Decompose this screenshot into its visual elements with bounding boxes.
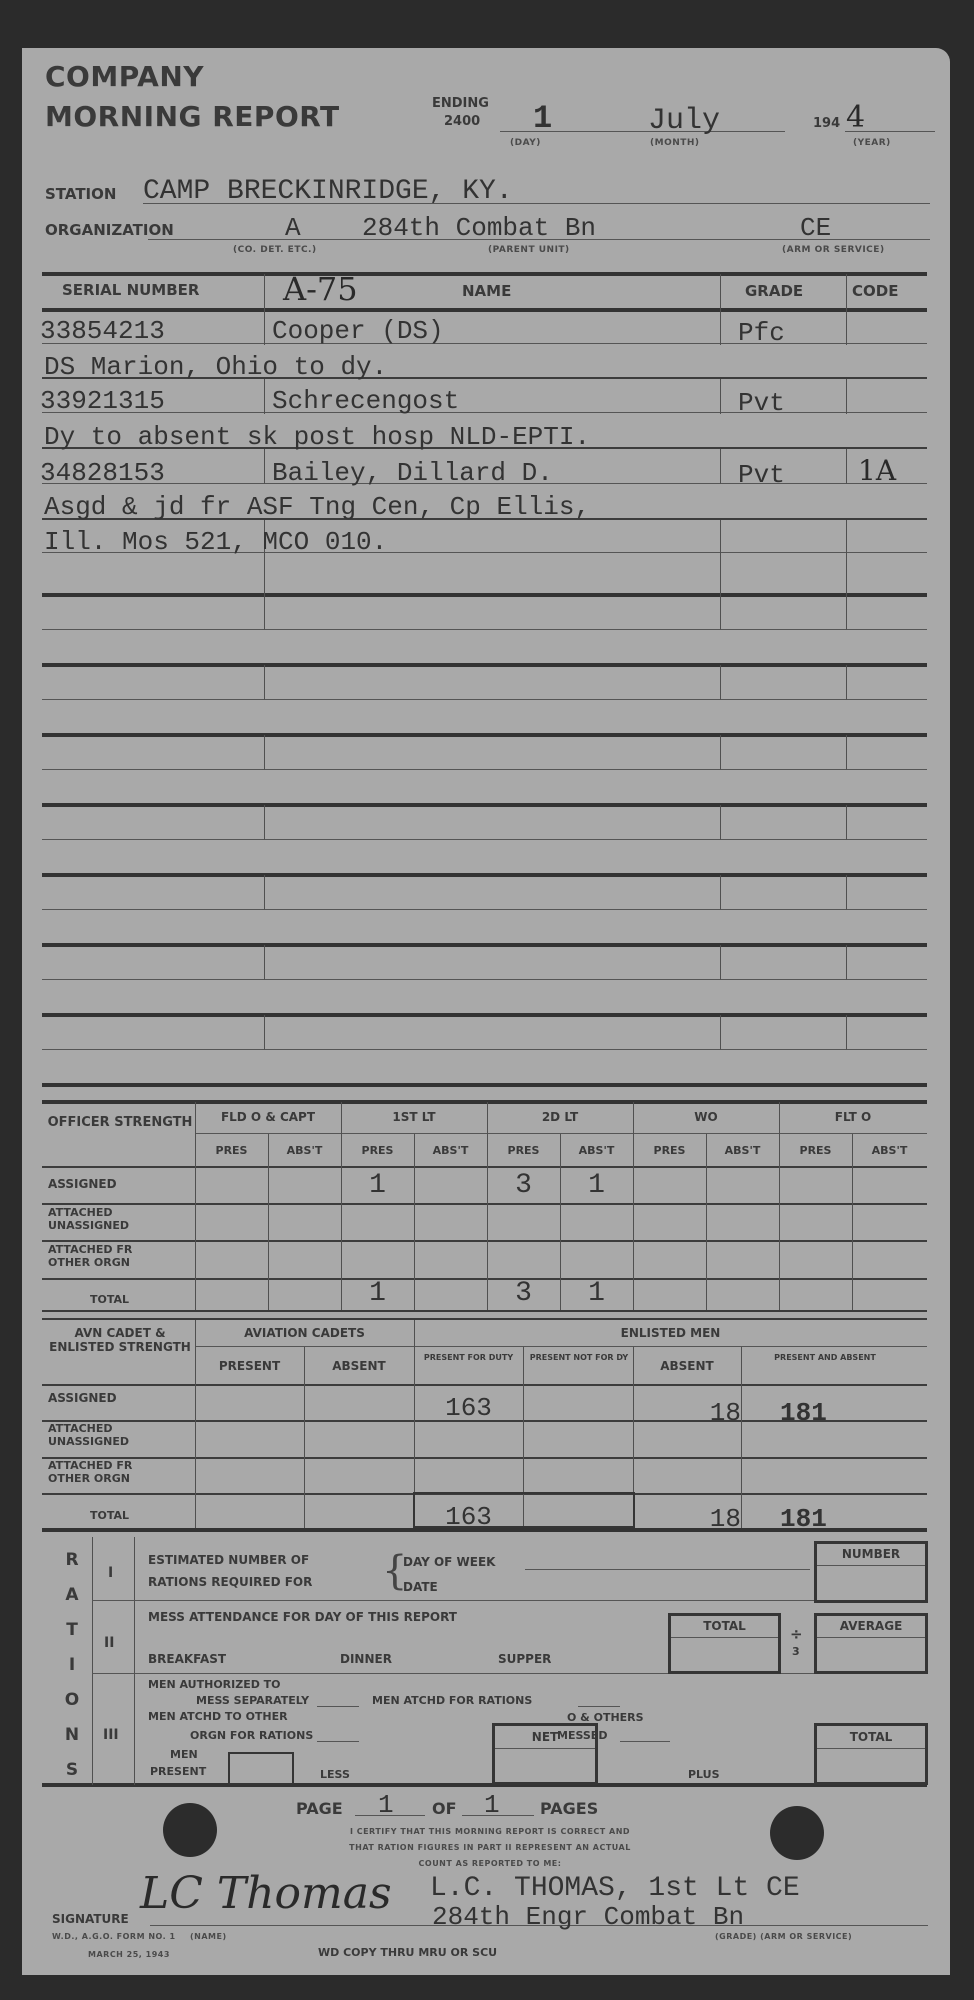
part-3-numeral: III [103, 1727, 119, 1743]
table-rule [42, 1278, 927, 1280]
col-divider [264, 945, 265, 980]
soldier-name: Cooper (DS) [272, 316, 444, 346]
officer-count: 3 [487, 1170, 560, 1201]
side-letter: T [62, 1613, 82, 1648]
day-of-week-field[interactable] [525, 1569, 810, 1570]
col-divider [264, 665, 265, 700]
mess-attendance-title: MESS ATTENDANCE FOR DAY OF THIS REPORT [148, 1610, 457, 1624]
day-label: (DAY) [510, 138, 541, 148]
org-company: A [285, 213, 301, 243]
row-rule [42, 1013, 927, 1017]
col-divider [195, 1320, 196, 1528]
soldier-name: Schrecengost [272, 386, 459, 416]
col-divider [134, 1537, 135, 1785]
average-box[interactable]: AVERAGE [814, 1613, 928, 1674]
officer-count: 1 [341, 1278, 414, 1309]
row-rule [42, 1083, 927, 1087]
col-divider [779, 1102, 780, 1310]
year-line [845, 131, 935, 132]
soldier-grade: Pfc [738, 318, 785, 348]
side-letter: S [62, 1753, 82, 1788]
page-label: PAGE [296, 1799, 343, 1818]
box-rule [817, 1637, 925, 1638]
abst-header: ABS'T [706, 1144, 779, 1157]
table-rule [42, 1100, 927, 1104]
col-divider [846, 449, 847, 484]
divide-icon: ÷ [790, 1625, 803, 1643]
table-rule [42, 1310, 927, 1312]
group-header: WO [633, 1110, 779, 1124]
col-divider [846, 274, 847, 310]
men-present-label2: PRESENT [150, 1765, 206, 1778]
side-letter: I [62, 1648, 82, 1683]
row-rule [42, 1049, 927, 1050]
less-label: LESS [320, 1768, 350, 1781]
serial-number: 33854213 [40, 316, 165, 346]
officer-count: 1 [560, 1278, 633, 1309]
col-divider [720, 449, 721, 484]
table-rule [42, 1240, 927, 1242]
net-label: NET [495, 1730, 595, 1744]
enlisted-count: 163 [414, 1393, 523, 1423]
certification-line2: THAT RATION FIGURES IN PART II REPRESENT… [270, 1843, 710, 1852]
report-day: 1 [533, 100, 552, 137]
col-divider [720, 945, 721, 980]
col-divider [720, 665, 721, 700]
abst-header: ABS'T [852, 1144, 927, 1157]
remark-line: Ill. Mos 521, MCO 010. [44, 527, 387, 557]
col-divider [846, 875, 847, 910]
col-divider [846, 945, 847, 980]
serial-number: 34828153 [40, 458, 165, 488]
col-divider [264, 595, 265, 630]
form-number: W.D., A.G.O. FORM NO. 1 [52, 1932, 176, 1941]
col-divider [264, 735, 265, 770]
name-header: NAME [462, 282, 511, 300]
section-rule [42, 1783, 927, 1787]
group-header: FLD O & CAPT [195, 1110, 341, 1124]
atchd-rations-label: MEN ATCHD FOR RATIONS [372, 1694, 532, 1707]
signer-unit: 284th Engr Combat Bn [432, 1902, 744, 1932]
pres-header: PRES [779, 1144, 852, 1157]
col-divider [720, 520, 721, 595]
of-label: OF [432, 1799, 457, 1818]
atchd-other-field[interactable] [317, 1741, 359, 1742]
col-divider [846, 805, 847, 840]
side-letter: N [62, 1718, 82, 1753]
enlisted-count: 18 [633, 1504, 741, 1534]
serial-number: 33921315 [40, 386, 165, 416]
part-rule [92, 1673, 927, 1674]
row-label-total: TOTAL [90, 1509, 129, 1522]
col-header: PRESENT FOR DUTY [420, 1351, 517, 1365]
soldier-name: Bailey, Dillard D. [272, 458, 553, 488]
atchd-other-label2: ORGN FOR RATIONS [190, 1729, 313, 1742]
atchd-other-label1: MEN ATCHD TO OTHER [148, 1710, 288, 1723]
pres-header: PRES [633, 1144, 706, 1157]
col-divider [846, 595, 847, 630]
table-header-rule [42, 308, 927, 312]
grade-arm-label: (GRADE) (ARM OR SERVICE) [715, 1932, 852, 1941]
signature: LC Thomas [140, 1868, 392, 1919]
code-header: CODE [852, 282, 898, 300]
abst-header: ABS'T [268, 1144, 341, 1157]
part1-text2: RATIONS REQUIRED FOR [148, 1575, 312, 1589]
table-rule [42, 1203, 927, 1205]
arm-service-label: (ARM OR SERVICE) [782, 245, 885, 255]
col-divider [706, 1134, 707, 1310]
day-of-week-label: DAY OF WEEK [403, 1555, 495, 1569]
men-present-box[interactable] [228, 1752, 294, 1785]
part1-text1: ESTIMATED NUMBER OF [148, 1553, 309, 1567]
part-2-numeral: II [104, 1635, 114, 1651]
box-rule [817, 1565, 925, 1566]
col-divider [720, 805, 721, 840]
col-divider [195, 1102, 196, 1310]
row-rule [42, 839, 927, 840]
total-label: TOTAL [671, 1619, 778, 1633]
col-divider [633, 1102, 634, 1310]
col-divider [264, 449, 265, 484]
dinner-label: DINNER [340, 1652, 392, 1666]
supper-label: SUPPER [498, 1652, 551, 1666]
row-label-attached-other: ATTACHED FR OTHER ORGN [48, 1459, 168, 1485]
officer-count: 1 [560, 1170, 633, 1201]
side-letter: R [62, 1543, 82, 1578]
col-header: PRESENT [195, 1359, 304, 1373]
pres-header: PRES [487, 1144, 560, 1157]
enlisted-count: 181 [780, 1504, 827, 1534]
signer-name-grade: L.C. THOMAS, 1st Lt CE [430, 1873, 800, 1904]
punch-hole-icon [163, 1803, 217, 1857]
form-title-line2: MORNING REPORT [45, 100, 340, 133]
remark-line: DS Marion, Ohio to dy. [44, 352, 387, 382]
row-rule [42, 343, 927, 344]
box-rule [495, 1748, 595, 1749]
remark-line: Dy to absent sk post hosp NLD-EPTI. [44, 422, 590, 452]
aviation-cadets-header: AVIATION CADETS [195, 1326, 414, 1340]
enlisted-count: 163 [414, 1502, 523, 1532]
org-arm-service: CE [800, 213, 831, 243]
year-prefix: 194 [813, 116, 840, 131]
col-divider [846, 665, 847, 700]
abst-header: ABS'T [414, 1144, 487, 1157]
pres-header: PRES [195, 1144, 268, 1157]
table-rule [42, 1384, 927, 1386]
row-rule [42, 629, 927, 630]
breakfast-label: BREAKFAST [148, 1652, 226, 1666]
col-divider [720, 274, 721, 310]
col-divider [264, 805, 265, 840]
table-rule [42, 1166, 927, 1168]
enlisted-count: 18 [633, 1398, 741, 1428]
col-divider [92, 1537, 93, 1785]
month-label: (MONTH) [650, 138, 700, 148]
col-divider [852, 1134, 853, 1310]
enlisted-strength-title: AVN CADET & ENLISTED STRENGTH [45, 1326, 195, 1354]
number-label: NUMBER [817, 1547, 925, 1561]
col-header: PRESENT AND ABSENT [760, 1351, 890, 1365]
table-rule [42, 1457, 927, 1459]
handwritten-note: A-75 [283, 270, 358, 308]
col-divider [264, 310, 265, 345]
soldier-grade: Pvt [738, 460, 785, 490]
parent-unit-label: (PARENT UNIT) [488, 245, 570, 255]
mess-total-box[interactable]: TOTAL [668, 1613, 781, 1674]
row-rule [42, 769, 927, 770]
row-label-attached-unassigned: ATTACHED UNASSIGNED [48, 1206, 168, 1232]
enlisted-men-header: ENLISTED MEN [414, 1326, 927, 1340]
mess-sep-label2: MESS SEPARATELY [196, 1694, 309, 1707]
mess-sep-field[interactable] [317, 1706, 359, 1707]
certification-line1: I CERTIFY THAT THIS MORNING REPORT IS CO… [270, 1827, 710, 1836]
group-header: FLT O [779, 1110, 927, 1124]
atchd-rations-field[interactable] [578, 1706, 620, 1707]
rations-total-box[interactable]: TOTAL [814, 1723, 928, 1785]
net-box[interactable]: NET [492, 1723, 598, 1785]
part-1-numeral: I [108, 1565, 113, 1581]
col-divider [846, 379, 847, 414]
box-rule [817, 1748, 925, 1749]
col-divider [846, 520, 847, 595]
officer-count: 1 [341, 1170, 414, 1201]
col-divider [264, 875, 265, 910]
serial-number-header: SERIAL NUMBER [62, 281, 199, 299]
side-letter: A [62, 1578, 82, 1613]
col-divider [720, 875, 721, 910]
officer-count: 3 [487, 1278, 560, 1309]
soldier-grade: Pvt [738, 388, 785, 418]
row-rule [42, 699, 927, 700]
row-rule [42, 803, 927, 807]
number-box[interactable]: NUMBER [814, 1541, 928, 1603]
average-label: AVERAGE [817, 1619, 925, 1633]
officer-strength-title: OFFICER STRENGTH [45, 1115, 195, 1130]
station-label: STATION [45, 185, 116, 203]
row-rule [42, 412, 927, 413]
row-rule [42, 663, 927, 667]
rations-side-label: R A T I O N S [62, 1543, 82, 1788]
col-header: ABSENT [304, 1359, 414, 1373]
row-rule [42, 873, 927, 877]
station-line [143, 203, 930, 204]
table-top-rule [42, 272, 927, 276]
ending-time: 2400 [444, 114, 480, 129]
certification-line3: COUNT AS REPORTED TO ME: [270, 1859, 710, 1868]
row-rule [42, 909, 927, 910]
col-header: PRESENT NOT FOR DY [529, 1351, 629, 1365]
divide-by: 3 [792, 1645, 800, 1658]
others-field[interactable] [620, 1741, 670, 1742]
name-label: (NAME) [190, 1932, 227, 1941]
punch-hole-icon [770, 1806, 824, 1860]
pres-header: PRES [341, 1144, 414, 1157]
col-divider [264, 379, 265, 414]
row-label-assigned: ASSIGNED [48, 1177, 117, 1191]
col-divider [741, 1347, 742, 1528]
row-label-assigned: ASSIGNED [48, 1391, 117, 1405]
mess-sep-label1: MEN AUTHORIZED TO [148, 1678, 281, 1691]
col-header: ABSENT [633, 1359, 741, 1373]
col-divider [268, 1134, 269, 1310]
page-total: 1 [484, 1790, 500, 1820]
row-label-attached-unassigned: ATTACHED UNASSIGNED [48, 1422, 168, 1448]
form-title-line1: COMPANY [45, 60, 204, 93]
col-divider [846, 1015, 847, 1050]
row-rule [42, 733, 927, 737]
group-header: 1ST LT [341, 1110, 487, 1124]
row-rule [42, 593, 927, 597]
row-rule [42, 943, 927, 947]
page-number: 1 [378, 1790, 394, 1820]
date-label: DATE [403, 1580, 438, 1594]
part-rule [92, 1600, 134, 1601]
plus-label: PLUS [688, 1768, 720, 1781]
col-divider [720, 735, 721, 770]
organization-label: ORGANIZATION [45, 221, 174, 239]
col-divider [414, 1134, 415, 1310]
company-label: (CO. DET. ETC.) [233, 245, 317, 255]
col-divider [720, 595, 721, 630]
row-rule [42, 979, 927, 980]
grade-header: GRADE [745, 282, 803, 300]
row-label-attached-other: ATTACHED FR OTHER ORGN [48, 1243, 168, 1269]
signature-label: SIGNATURE [52, 1912, 129, 1926]
side-letter: O [62, 1683, 82, 1718]
col-divider [304, 1347, 305, 1528]
men-present-label1: MEN [170, 1748, 198, 1761]
col-divider [264, 274, 265, 310]
col-divider [846, 735, 847, 770]
col-divider [720, 1015, 721, 1050]
org-parent-unit: 284th Combat Bn [362, 213, 596, 243]
report-month: July [648, 104, 720, 138]
year-label: (YEAR) [853, 138, 891, 148]
ending-label: ENDING [432, 96, 489, 111]
col-divider [264, 1015, 265, 1050]
col-divider [846, 310, 847, 345]
row-label-total: TOTAL [90, 1293, 129, 1306]
year-suffix: 4 [846, 100, 865, 135]
abst-header: ABS'T [560, 1144, 633, 1157]
enlisted-count: 181 [780, 1398, 827, 1428]
part-rule [134, 1600, 814, 1601]
soldier-code: 1A [858, 454, 896, 487]
copy-routing-note: WD COPY THRU MRU OR SCU [318, 1946, 497, 1959]
table-rule [195, 1133, 927, 1134]
col-divider [720, 310, 721, 345]
total-label: TOTAL [817, 1730, 925, 1744]
col-divider [720, 379, 721, 414]
form-date: MARCH 25, 1943 [88, 1950, 170, 1959]
group-header: 2D LT [487, 1110, 633, 1124]
remark-line: Asgd & jd fr ASF Tng Cen, Cp Ellis, [44, 492, 590, 522]
table-rule [42, 1318, 927, 1320]
pages-label: PAGES [540, 1799, 598, 1818]
box-rule [671, 1637, 778, 1638]
